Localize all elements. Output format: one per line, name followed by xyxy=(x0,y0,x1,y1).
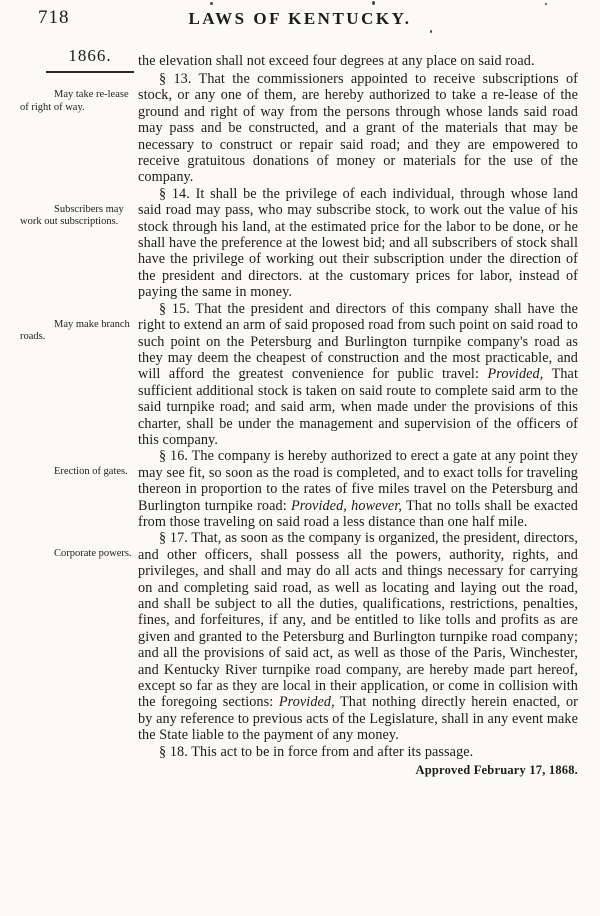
margin-note: Corporate powers. xyxy=(20,530,132,743)
paragraph: § 15. That the president and directors o… xyxy=(138,301,578,449)
text-segment: Provided, xyxy=(487,366,543,382)
paragraph: § 13. That the commissioners appointed t… xyxy=(138,71,578,186)
paragraph: the elevation shall not exceed four degr… xyxy=(138,53,578,71)
margin-year: 1866. xyxy=(46,46,134,73)
paragraph: § 14. It shall be the privilege of each … xyxy=(138,186,578,301)
page-number: 718 xyxy=(38,7,70,29)
approval-date: Approved February 17, 1868. xyxy=(138,763,578,778)
scanned-book-page: 718 LAWS OF KENTUCKY. 1866. the elevatio… xyxy=(0,0,600,916)
text-segment: § 17. That, as soon as the company is or… xyxy=(138,530,578,710)
paragraph: § 17. That, as soon as the company is or… xyxy=(138,530,578,743)
margin-note: Subscribers may work out subscriptions. xyxy=(20,186,132,301)
text-segment: Provided, however, xyxy=(291,498,402,514)
text-segment: the elevation shall not exceed four degr… xyxy=(138,53,535,69)
content-columns: the elevation shall not exceed four degr… xyxy=(20,53,578,778)
page-header: 718 LAWS OF KENTUCKY. xyxy=(0,0,600,47)
text-segment: § 13. That the commissioners appointed t… xyxy=(138,71,578,185)
text-segment: Provided, xyxy=(279,694,335,710)
paragraph: § 16. The company is hereby authorized t… xyxy=(138,448,578,530)
text-segment: § 14. It shall be the privilege of each … xyxy=(138,186,578,300)
margin-note: Erection of gates. xyxy=(20,448,132,530)
page-title: LAWS OF KENTUCKY. xyxy=(0,7,600,29)
margin-note: May make branch roads. xyxy=(20,301,132,449)
paragraph: § 18. This act to be in force from and a… xyxy=(138,744,578,762)
text-segment: § 18. This act to be in force from and a… xyxy=(159,744,473,760)
margin-note: May take re-lease of right of way. xyxy=(20,71,132,186)
